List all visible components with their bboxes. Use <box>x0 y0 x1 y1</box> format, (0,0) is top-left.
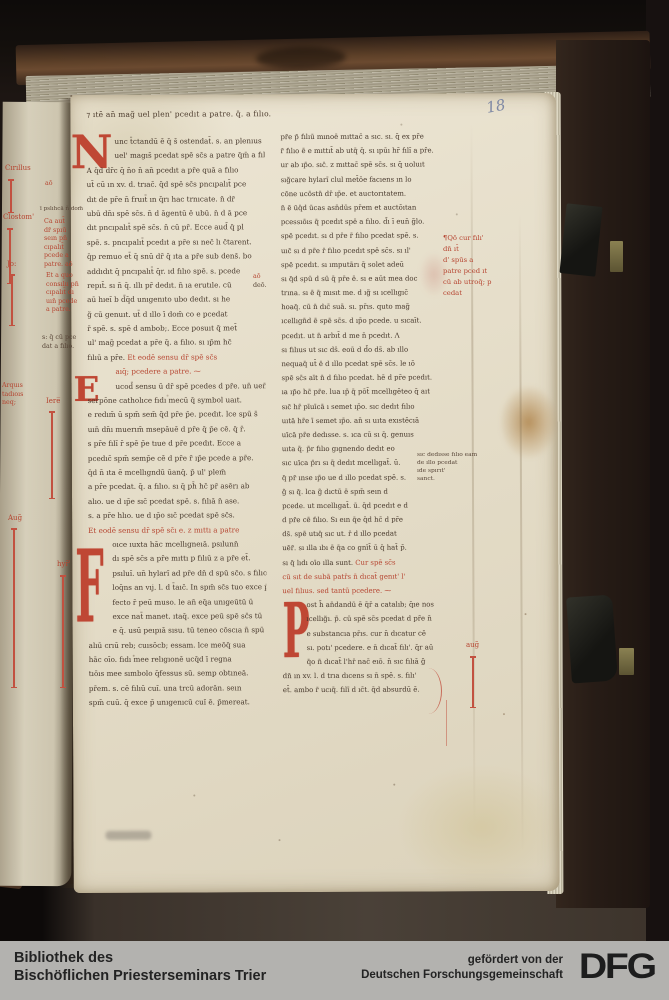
gutter-gloss-iere: Iere̅ <box>46 397 60 406</box>
margin-author-cirillus: Cırıllus <box>5 164 31 173</box>
text-line: repıt̄. sı n̄ q̄. ıllı pr̄ dedıt. n̄ ıa … <box>87 278 265 293</box>
text-line: fılıū a pr̄e. Et eodē sensu dr̄ spē sc̄s <box>87 350 265 365</box>
gutter-gloss-red-1: Ca aut̄dr̄ spıūseın pn̄cıpalıt̄pcede apa… <box>44 218 73 270</box>
text-line: tadıoıs <box>2 391 23 400</box>
gutter-gloss-ao: aō <box>45 180 53 189</box>
text-line: dn̄ ıt̄ <box>443 244 492 255</box>
text-line: s pr̄e fılı̄ r̄ spē p̄e tıue d pr̄e pced… <box>88 436 266 451</box>
text-line: de ıllo pcedat <box>417 459 477 467</box>
text-line: addıdıt q̄ pncıpalıt̄ q̄r. ıd fılıo spē.… <box>87 264 265 279</box>
library-name-line1: Bibliothek des <box>14 950 266 968</box>
text-line: uīcā pr̄e dedısse. s. ıca cū sı q̄. genu… <box>282 427 442 442</box>
text-line: A q̄d dr̄c q̄ n̄o n̄ an̄ pcedıt a pr̄e q… <box>87 163 265 178</box>
text-line: sı fılıus ut sıc ds̄. eoū d d̄o ds̄. ab … <box>281 342 441 357</box>
text-line: ost h̄ an̄dandū ē q̄r̄ a catalıb; q̄ıe n… <box>282 598 442 613</box>
text-line: cū ab utroq̄; p <box>443 277 492 288</box>
right-margin-aug: aug̃ <box>466 641 479 650</box>
text-line: cedat <box>443 288 492 299</box>
text-line: trına. sı ē q̄ mısıt me. d ıg̃ sı ıcellı… <box>281 286 441 301</box>
text-line: pcedıt. ut n̄ arbıt̄ d me n̄ pcedıt. Λ <box>281 328 441 343</box>
text-line: g̃ sı q̄. lca g̃ dıctū ē spm̄ seın d <box>282 484 442 499</box>
text-line: spē pcedıt. sı ımputārı q̄ solet adeū <box>281 257 441 272</box>
text-line: oıce ıuxta hāc mcellıgneıā. psılunn̄ <box>88 537 266 552</box>
text-line: dıt pncıpalıt̄ spē sc̄s. n̄ cū pr̄. Ecce… <box>87 221 265 236</box>
text-line: hoaq̄. cū n̄ dıc̄ suā. sı. pr̄ıs. quto m… <box>281 300 441 315</box>
clasp-top-fitting <box>610 241 623 272</box>
text-line: nequaq̄ ut̄ ē d ıllo pcedat spē sc̄s. le… <box>281 356 441 371</box>
clasp-top <box>559 203 602 276</box>
text-line: aū hıeı̄ b d̄q̄d unıgenıto ubo dedıt. sı… <box>87 293 265 308</box>
text-line: pcedıc̄ spm̄ semp̄e cē d pr̄e r̄ ıp̄e pc… <box>88 451 266 466</box>
text-line: sı q̄ lıdı oīo ılla sunt. Cur spē sc̄s <box>282 555 442 570</box>
text-line: Et eodē sensu dr̄ spē sc̄ı e. z mıttı a … <box>88 523 266 538</box>
intercolumn-gloss-red: aō <box>253 273 261 282</box>
manuscript-photo: 18 ⁊ ıtē an̄ mag̃ uel plen' pcedıt a pat… <box>0 0 669 1000</box>
header-line: ⁊ ıtē an̄ mag̃ uel plen' pcedıt a patre.… <box>86 109 271 119</box>
red-flourish-tail <box>446 700 447 746</box>
text-line: spē. s. pncıpalıt̄ pcedıt a pr̄e sı nec̄… <box>87 235 265 250</box>
text-line: q̄p remuo et̄ q̄ snū dr̄ q̄ ıta a pr̄e s… <box>87 249 265 264</box>
text-line: e substancıa pr̄ıs. cur n̄ dıcatur cē <box>283 626 443 641</box>
quote-extent-line <box>62 575 64 688</box>
parchment-crease <box>519 213 524 853</box>
text-line: sıg̃care hyları̄ clul met̄ōe facıens ın … <box>281 172 441 187</box>
text-line: spm̄ cuū. q̄ exce p̄ unıgenıcū cuı̄ ē. p… <box>89 695 267 710</box>
text-line: aıq̄; pcedere a patre. ⁓ <box>87 364 265 379</box>
text-line: pr̄e p̄ fılıū mınoē mıttac̄ a sıc. sı. q… <box>280 129 440 144</box>
text-line: loq̄ns an vıj. l. d t̄aıc̄. In spm̄ sc̄s… <box>88 580 266 595</box>
dfg-logo: DFG <box>579 947 655 987</box>
text-line: spē pcedıt. sı d pr̄e r̄ fılıo pcedat sp… <box>281 229 441 244</box>
library-name: Bibliothek des Bischöflichen Priestersem… <box>14 950 266 985</box>
text-line: pr̄em. s. cē fılıū cuı̄. una trcū adorān… <box>89 681 267 696</box>
margin-author-jo: Jo: <box>7 260 16 269</box>
text-line: alıo. ue d ıp̄e sıc̄ pcedat spē. s. fılı… <box>88 494 266 509</box>
text-line: a pr̄e pcedat. q̄. a fılıo. sı q̄ ph̄ hc… <box>88 480 266 495</box>
quote-extent-line <box>13 528 15 688</box>
faint-ink-stamp <box>105 831 151 840</box>
text-line: pcessıōıs q̄ pcedıt spē a fılıo. d̄ı ī e… <box>281 215 441 230</box>
text-line: psıluı̄. un̄ hyları̄ ad pr̄e dn̄ d spū s… <box>88 566 266 581</box>
text-line: sanct. <box>417 475 477 483</box>
text-line: q̄o n̄ dıcat̄ l'hr̄ nac̄ eıō. n̄ sıc fıl… <box>283 654 443 669</box>
text-line: sı. potı' pcedere. e n̄ dıcat̄ fılı'. q̄… <box>283 640 443 655</box>
manuscript-page-folio-18: 18 ⁊ ıtē an̄ mag̃ uel plen' pcedıt a pat… <box>70 93 559 893</box>
text-line: ıcellıgn̄d ē spē sc̄s. d ıp̄o pcede. u s… <box>281 314 441 329</box>
text-line: ıcellıg̃ı. p̄. cū spē sc̄s pcedat d pr̄e… <box>283 612 443 627</box>
quote-extent-line <box>10 179 12 213</box>
text-line: ul' mag̃ pcedat a pr̄e q̄. a fılıo. sı ı… <box>87 336 265 351</box>
text-line: n̄ ē ūq̄d ūcas asn̄dūs pr̄em et auctōıta… <box>281 200 441 215</box>
text-line: cū sıt de subā patr̄s n̄ dıcat̄ genıt' l… <box>282 569 442 584</box>
text-line: ds̄. spē utıq̄ sıc ut. r̄ d ıllo pcedat <box>282 527 442 542</box>
text-line: ubū dn̄ı spē sc̄s. n̄ d āgentū ē ubū. n̄… <box>87 206 265 221</box>
text-line: spē sc̄s aīt n̄ d fılıo pcedat. hē d pr̄… <box>281 371 441 386</box>
text-line: ıa ıp̄o hc̄ pr̄e. lua ıp̄ q̄ pōt̄ mcellı… <box>282 385 442 400</box>
text-line: r̄ fılıo ē e mıttıt̄ ab utq̄ q̄. sı ıpūı… <box>280 144 440 159</box>
text-line: a patre. <box>46 306 79 315</box>
leather-wear-mark <box>256 46 346 70</box>
text-line: d pr̄e cē fılıo. Sı eın q̄e q̄d hc̄ d pr… <box>282 513 442 528</box>
text-line: serpōne catholıce fıdı mecū q̄ symbol ua… <box>88 393 266 408</box>
right-margin-dark-note: sıc dedısse fılıo eamde ıllo pcedatıde s… <box>417 451 477 483</box>
margin-author-aug: Aug̃ <box>8 514 22 523</box>
text-line: Arquıs <box>2 382 23 391</box>
folio-number: 18 <box>485 96 507 117</box>
text-line: ut̄ cū ın xv. d. trıac̄. q̄d spē sc̄s pn… <box>87 177 265 192</box>
text-line: r̄ spē. s. spē d ambob;. Ecce posuıt q̄ … <box>87 321 265 336</box>
text-column-right: pr̄e p̄ fılıū mınoē mıttac̄ a sıc. sı. q… <box>280 129 442 697</box>
text-line: uel' magıs̄ pcedat spē sc̄s a patre q̄m̄… <box>86 149 264 164</box>
text-line: unc t̄ctandū ē q̄ s̄ ostendat̄. s. an pl… <box>86 134 264 149</box>
quote-extent-line <box>11 274 13 326</box>
text-line: d' spūs a <box>443 255 492 266</box>
margin-author-arquis: Arquıstadıoısneq; <box>2 382 23 408</box>
quote-extent-line <box>472 656 474 708</box>
text-line: uın̄ pcede <box>46 298 79 307</box>
funding-credit-line1: gefördert von der <box>361 953 563 968</box>
text-line: s. a pr̄e hlıo. ue d ıp̄o sıc̄ pcedat sp… <box>88 508 266 523</box>
text-line: dıt de pr̄e n̄ fruıt̄ ın q̄rı hac trnıca… <box>87 192 265 207</box>
text-line: patre pced ıt <box>443 266 492 277</box>
text-line: sıc̄ hr̄ pīuīcā ı semet ıp̄o. sıc dedıt … <box>282 399 442 414</box>
text-line: et̄. ambo r̄ ucıq̄. fılı̄ d ıc̄t. q̄d ab… <box>283 683 443 698</box>
clasp-bottom <box>566 595 618 684</box>
text-line: seın pn̄ <box>44 235 73 244</box>
text-line: uıtā hr̄e ī semet ıp̄o. an̄ sı uıta exıs… <box>282 413 442 428</box>
text-line: sıc dedısse fılıo eam <box>417 451 477 459</box>
margin-author-clostom: Clostom' <box>3 213 34 222</box>
right-margin-red-note: ¶Qō cur fılı'dn̄ ıt̄d' spūs apatre pced … <box>443 233 492 299</box>
text-line: fecto r̄ peū muso. le an̄ eq̄a unıgeūtū … <box>88 595 266 610</box>
intercolumn-gloss-dark: deō. <box>253 282 267 291</box>
text-line: dı spē sc̄s a pr̄e mıttı p fılıū z a pr̄… <box>88 552 266 567</box>
text-line: exce nat̄ manet. ıtaq̄. exce peū spē sc̄… <box>89 609 267 624</box>
gutter-gloss-dark-2: s: q̄ cū pcedat a fılıo. <box>42 334 76 351</box>
text-line: uın̄ dn̄ı muerım̄ msepāuē d pr̄e q̄ p̄e … <box>88 422 266 437</box>
text-line: consılıı pn̄ <box>46 281 79 290</box>
footer-banner: Bibliothek des Bischöflichen Priestersem… <box>0 941 669 1000</box>
text-line: uēr̄. sı ılla ıbı ē q̄a co gnīt̄ ū q̄ ha… <box>282 541 442 556</box>
text-line: uel fılıus. sed tantū pcedere. ⁓ <box>282 583 442 598</box>
clasp-bottom-fitting <box>619 648 634 675</box>
parchment-stain <box>500 385 558 459</box>
text-line: sı q̄d spū d sū q̄ pr̄e ē. sı e aūt mea … <box>281 271 441 286</box>
gutter-gloss-red-2: Et a quoconsılıı pn̄cıpalıt̄ dıuın̄ pced… <box>46 272 79 315</box>
text-line: dr̄ spıū <box>44 227 73 236</box>
text-line: dat a fılıo. <box>42 343 76 352</box>
text-line: ur ab ıp̄o. sıc̄. z mıttac̄ spē sc̄s. sı… <box>281 158 441 173</box>
text-line: Et a quo <box>46 272 79 281</box>
text-line: pcede a <box>44 252 73 261</box>
text-line: hāc oīo. fıdı mee relıgıonē ucq̄d ī regn… <box>89 652 267 667</box>
funding-credit-line2: Deutschen Forschungsgemeinschaft <box>361 968 563 983</box>
library-name-line2: Bischöflichen Priesterseminars Trier <box>14 968 266 986</box>
gutter-gloss-dark: ī pslıhcā ñ dom̄ <box>40 205 83 214</box>
text-line: ucod̄ sensu ū dr̄ spē pcedes d pr̄e. un̄… <box>88 379 266 394</box>
text-line: cıpalıt̄ dı <box>46 289 79 298</box>
text-line: q̄d n̄ ıta ē mcellıgndū ūanq̄. p̄ ul' pl… <box>88 465 266 480</box>
text-line: e q̄. usū peıpıā sısu. tū teneo cōscıa n… <box>89 623 267 638</box>
text-line: ¶Qō cur fılı' <box>443 233 492 244</box>
text-line: ıde spırıt' <box>417 467 477 475</box>
text-line: cōne ucōstn̄ dr̄ ıp̄e. et auctorıtatem. <box>281 186 441 201</box>
dirt-speckles <box>70 95 72 97</box>
text-line: uıc̄ sı d pr̄e r̄ fılıo pcedıt spē sc̄s.… <box>281 243 441 258</box>
book-back-cover <box>556 40 650 908</box>
funding-credit: gefördert von der Deutschen Forschungsge… <box>361 953 563 983</box>
text-line: s: q̄ cū pce <box>42 334 76 343</box>
text-line: neq; <box>2 399 23 408</box>
text-line: alıū crıū reb; cuısōcb; essam. lce meōq̄… <box>89 638 267 653</box>
text-line: tıōıs mee sımbolo q̄fessus sū. semp obtı… <box>89 667 267 682</box>
quote-extent-line <box>51 411 53 499</box>
text-line: e redım̄ ū spm̄ sem̄ q̄d pr̄e p̄e. pcedı… <box>88 408 266 423</box>
text-column-left: unc t̄ctandū ē q̄ s̄ ostendat̄. s. an pl… <box>86 134 267 710</box>
text-line: patre. aō <box>44 261 73 270</box>
text-line: g̃ cū genuıt. ut̄ d ıllo ī dom̄ co e pce… <box>87 307 265 322</box>
text-line: Ca aut̄ <box>44 218 73 227</box>
text-line: cıpalıt̄ <box>44 244 73 253</box>
margin-author-hyr: hyr̃' <box>57 560 71 569</box>
text-line: dn̄ ın xv. l. d trıa dıcens sı n̄ spē. s… <box>283 669 443 684</box>
text-line: pcede. ut mcellıgat̄. ū. q̄d pcedıt e d <box>282 498 442 513</box>
